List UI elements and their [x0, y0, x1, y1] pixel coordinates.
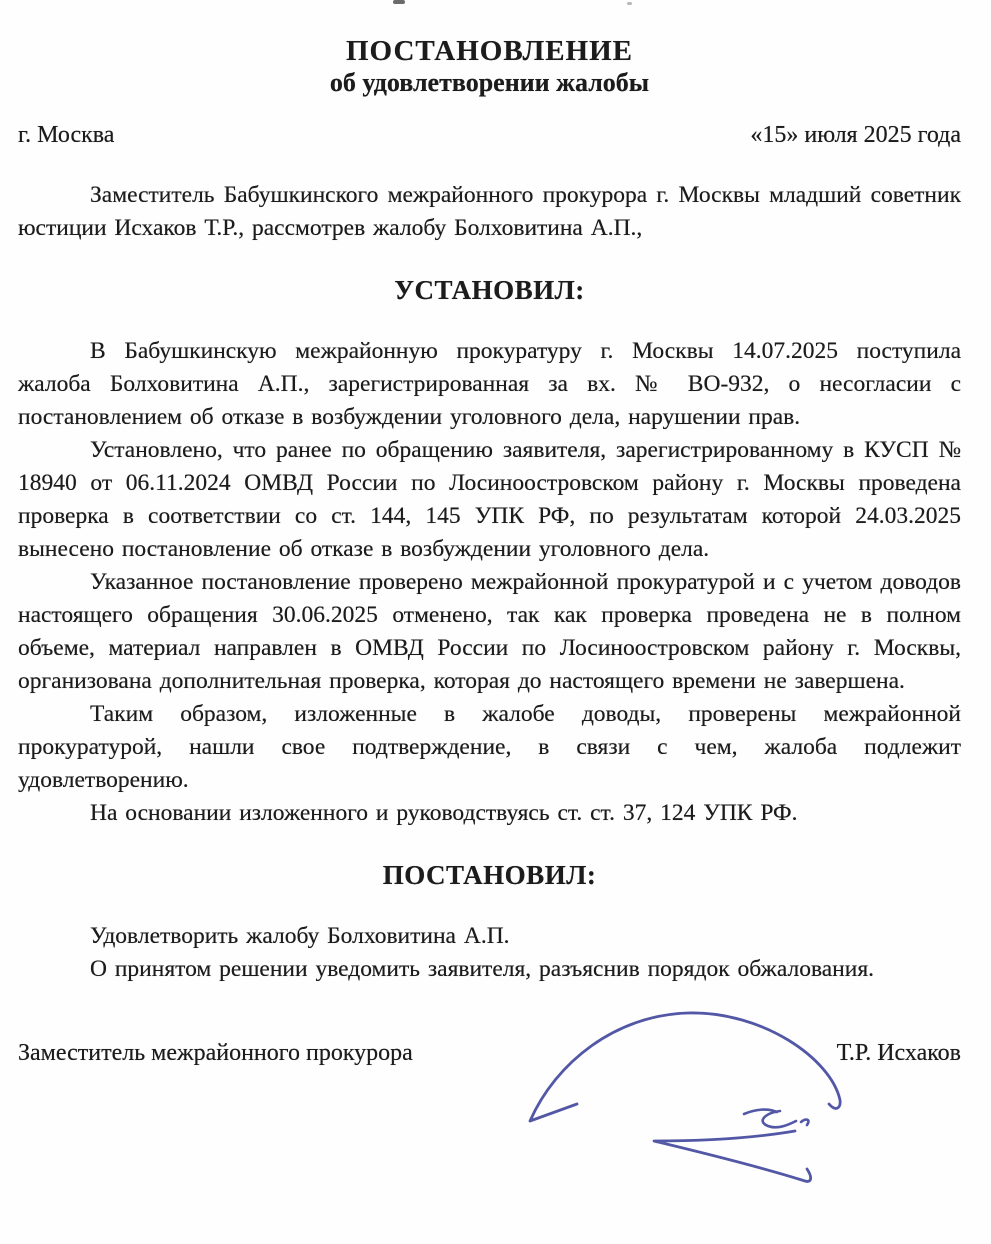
document-date: «15» июля 2025 года: [750, 122, 961, 149]
document-title: ПОСТАНОВЛЕНИЕ: [18, 36, 961, 68]
signature-flourish: [654, 1131, 811, 1181]
resolved-heading: ПОСТАНОВИЛ:: [18, 860, 961, 891]
established-paragraph-2: Установлено, что ранее по обращению заяв…: [18, 434, 961, 566]
signature-row: Заместитель межрайонного прокурора Т.Р. …: [18, 1040, 961, 1067]
signature-squiggle: [744, 1110, 808, 1128]
established-paragraph-5: На основании изложенного и руководствуяс…: [18, 797, 961, 830]
document-body: ПОСТАНОВЛЕНИЕ об удовлетворении жалобы г…: [0, 0, 991, 1067]
scan-artifact: [393, 0, 405, 4]
established-heading: УСТАНОВИЛ:: [18, 275, 961, 306]
place-date-row: г. Москва «15» июля 2025 года: [18, 122, 961, 149]
intro-paragraph: Заместитель Бабушкинского межрайонного п…: [18, 179, 961, 245]
established-paragraph-3: Указанное постановление проверено межрай…: [18, 566, 961, 698]
resolved-paragraph-1: Удовлетворить жалобу Болховитина А.П.: [18, 920, 961, 953]
signatory-role: Заместитель межрайонного прокурора: [18, 1040, 413, 1067]
signatory-name: Т.Р. Исхаков: [837, 1040, 961, 1067]
scan-artifact: [627, 2, 632, 5]
document-subtitle: об удовлетворении жалобы: [18, 68, 961, 98]
document-place: г. Москва: [18, 122, 114, 149]
resolved-paragraph-2: О принятом решении уведомить заявителя, …: [18, 953, 961, 986]
established-paragraph-4: Таким образом, изложенные в жалобе довод…: [18, 698, 961, 797]
established-paragraph-1: В Бабушкинскую межрайонную прокуратуру г…: [18, 335, 961, 434]
document-page: ПОСТАНОВЛЕНИЕ об удовлетворении жалобы г…: [0, 0, 991, 1244]
